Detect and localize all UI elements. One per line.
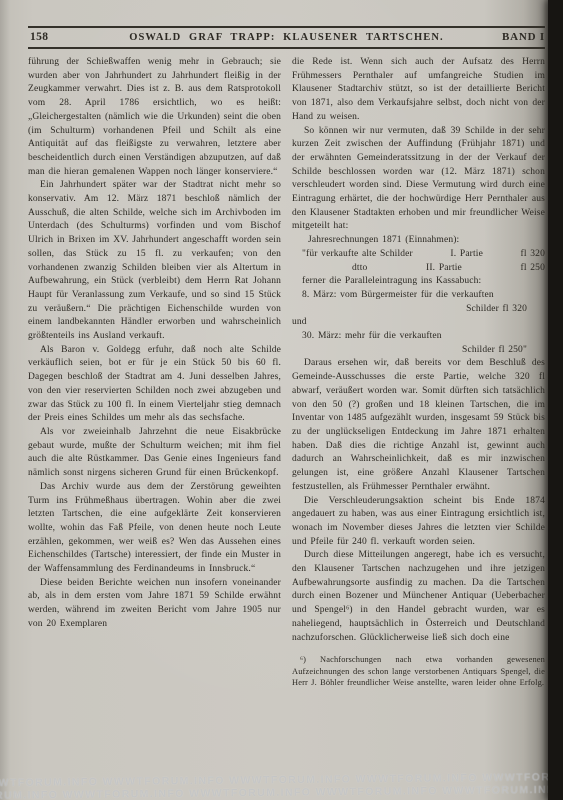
ledger-line-text: dtto bbox=[352, 262, 367, 276]
ledger-entry-amount: Schilder fl 320 bbox=[292, 303, 545, 317]
page-number: 158 bbox=[30, 31, 48, 43]
ledger-line-value: fl 250 bbox=[521, 262, 545, 276]
left-column: führung der Schießwaffen wenig mehr in G… bbox=[28, 56, 281, 800]
paragraph: Als Baron v. Goldegg erfuhr, daß noch al… bbox=[28, 344, 281, 426]
ledger-conjunction: und bbox=[292, 316, 545, 330]
paragraph: Durch diese Mitteilungen angeregt, habe … bbox=[292, 549, 545, 645]
book-edge-shadow bbox=[548, 0, 563, 800]
paragraph: Das Archiv wurde aus dem der Zerstörung … bbox=[28, 481, 281, 577]
ledger-line-partie: I. Partie bbox=[450, 248, 483, 262]
paragraph: Die Verschleuderungsaktion scheint bis E… bbox=[292, 495, 545, 550]
paragraph: Diese beiden Berichte weichen nun insofe… bbox=[28, 577, 281, 632]
ledger-line-partie: II. Partie bbox=[426, 262, 462, 276]
header-rule-bottom bbox=[28, 47, 545, 49]
ledger-block: Jahresrechnungen 1871 (Einnahmen): "für … bbox=[292, 234, 545, 357]
ledger-entry: 30. März: mehr für die verkauften bbox=[292, 330, 545, 344]
right-column: die Rede ist. Wenn sich auch der Aufsatz… bbox=[292, 56, 545, 800]
ledger-line: "für verkaufte alte Schilder I. Partie f… bbox=[292, 248, 545, 262]
footnote: ⁶) Nachforschungen nach etwa vorhanden g… bbox=[292, 654, 545, 688]
page-header: 158 OSWALD GRAF TRAPP: KLAUSENER TARTSCH… bbox=[28, 26, 545, 49]
paragraph: So können wir nur vermuten, daß 39 Schil… bbox=[292, 125, 545, 235]
left-scan-shadow bbox=[0, 0, 10, 800]
ledger-heading: Jahresrechnungen 1871 (Einnahmen): bbox=[292, 234, 545, 248]
paragraph: führung der Schießwaffen wenig mehr in G… bbox=[28, 56, 281, 179]
ledger-kassabuch-line: ferner die Paralleleintragung ins Kassab… bbox=[292, 275, 545, 289]
ledger-line-text: "für verkaufte alte Schilder bbox=[302, 248, 413, 262]
ledger-line-value: fl 320 bbox=[521, 248, 545, 262]
ledger-line: dtto II. Partie fl 250 bbox=[292, 262, 545, 276]
ledger-entry: 8. März: vom Bürgermeister für die verka… bbox=[292, 289, 545, 303]
paragraph: Daraus ersehen wir, daß bereits vor dem … bbox=[292, 357, 545, 494]
band-label: BAND I bbox=[502, 31, 545, 43]
header-title: OSWALD GRAF TRAPP: KLAUSENER TARTSCHEN. bbox=[129, 32, 444, 43]
paragraph: die Rede ist. Wenn sich auch der Aufsatz… bbox=[292, 56, 545, 125]
ledger-entry-amount: Schilder fl 250" bbox=[292, 344, 545, 358]
paragraph: Ein Jahrhundert später war der Stadtrat … bbox=[28, 179, 281, 343]
header-row: 158 OSWALD GRAF TRAPP: KLAUSENER TARTSCH… bbox=[28, 28, 545, 47]
paragraph: Als vor zweieinhalb Jahrzehnt die neue E… bbox=[28, 426, 281, 481]
text-columns: führung der Schießwaffen wenig mehr in G… bbox=[28, 56, 545, 800]
scanned-book-page: 158 OSWALD GRAF TRAPP: KLAUSENER TARTSCH… bbox=[0, 0, 563, 800]
